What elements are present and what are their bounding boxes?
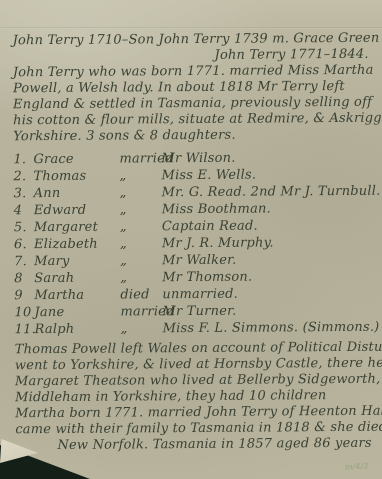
child-name: Martha bbox=[34, 287, 120, 305]
child-spouse: Captain Read. bbox=[162, 217, 376, 235]
child-spouse: Mr Turner. bbox=[162, 302, 376, 320]
child-spouse: Mr Thomson. bbox=[162, 268, 376, 286]
child-number: 4 bbox=[14, 202, 34, 219]
pencil-annotation: m/4/3 bbox=[345, 462, 368, 472]
child-number: 8 bbox=[14, 270, 34, 287]
married-ditto: married bbox=[120, 303, 162, 320]
married-ditto: died bbox=[120, 286, 162, 303]
child-number: 10 bbox=[14, 304, 34, 321]
married-ditto: „ bbox=[120, 252, 162, 269]
child-spouse: Mr Wilson. bbox=[161, 149, 375, 167]
child-row: 11. Ralph „ Miss F. L. Simmons. (Simmons… bbox=[15, 319, 377, 339]
married-ditto: „ bbox=[120, 201, 162, 218]
child-spouse: Miss E. Wells. bbox=[161, 166, 375, 184]
child-name: Sarah bbox=[34, 270, 120, 288]
married-ditto: married bbox=[119, 150, 161, 167]
child-name: Ralph bbox=[35, 321, 121, 339]
married-ditto: „ bbox=[119, 167, 161, 184]
child-number: 1. bbox=[13, 151, 33, 168]
married-ditto: „ bbox=[120, 184, 162, 201]
child-number: 2. bbox=[13, 168, 33, 185]
child-name: Jane bbox=[34, 304, 120, 322]
child-number: 6. bbox=[14, 236, 34, 253]
children-list: 1. Grace married Mr Wilson. 2. Thomas „ … bbox=[13, 149, 376, 339]
child-spouse: Mr Walker. bbox=[162, 251, 376, 269]
closing-line: New Norfolk. Tasmania in 1857 aged 86 ye… bbox=[15, 436, 377, 455]
handwritten-text: John Terry 1710–Son John Terry 1739 m. G… bbox=[13, 31, 378, 455]
child-number: 5. bbox=[14, 219, 34, 236]
child-name: Thomas bbox=[33, 168, 119, 186]
married-ditto: „ bbox=[120, 218, 162, 235]
married-ditto: „ bbox=[120, 269, 162, 286]
child-name: Mary bbox=[34, 253, 120, 271]
child-name: Ann bbox=[34, 185, 120, 203]
child-number: 7. bbox=[14, 253, 34, 270]
child-name: Elizabeth bbox=[34, 236, 120, 254]
child-number: 3. bbox=[14, 185, 34, 202]
header-line: Yorkshire. 3 sons & 8 daughters. bbox=[13, 127, 375, 146]
child-spouse: Miss Boothman. bbox=[162, 200, 376, 218]
header-line: his cotton & flour mills, situate at Red… bbox=[13, 111, 375, 130]
child-spouse: Miss F. L. Simmons. (Simmons.) bbox=[163, 319, 380, 338]
child-spouse: Mr J. R. Murphy. bbox=[162, 234, 376, 252]
child-name: Margaret bbox=[34, 219, 120, 237]
married-ditto: „ bbox=[120, 235, 162, 252]
header-paragraph: John Terry 1710–Son John Terry 1739 m. G… bbox=[13, 31, 376, 146]
child-name: Grace bbox=[33, 151, 119, 169]
child-spouse: Mr. G. Read. 2nd Mr J. Turnbull. bbox=[162, 183, 381, 202]
child-number: 9 bbox=[14, 287, 34, 304]
child-name: Edward bbox=[34, 202, 120, 220]
child-spouse: unmarried. bbox=[162, 285, 376, 303]
married-ditto: „ bbox=[121, 320, 163, 337]
closing-paragraph: Thomas Powell left Wales on account of P… bbox=[15, 340, 378, 455]
scanned-document: John Terry 1710–Son John Terry 1739 m. G… bbox=[0, 0, 382, 479]
child-number: 11. bbox=[15, 321, 35, 338]
